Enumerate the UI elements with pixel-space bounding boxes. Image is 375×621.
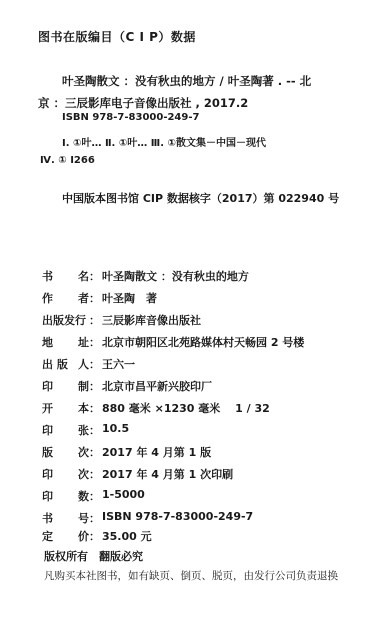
cip-subjects: Ⅰ. ①叶… Ⅱ. ①叶… Ⅲ. ①散文集－中国－现代 (62, 134, 266, 149)
value: 10.5 (102, 422, 129, 438)
value: ISBN 978-7-83000-249-7 (102, 510, 253, 526)
label: 张： (78, 422, 100, 438)
label: 人： (78, 356, 100, 372)
label: 制： (78, 378, 100, 394)
cip-line-2: 京 ：三辰影库电子音像出版社 , 2017.2 (38, 95, 248, 111)
cip-classification: Ⅳ. ① I266 (40, 155, 95, 166)
label: 价： (78, 528, 100, 544)
label: 出 版 (42, 356, 68, 372)
value: 880 毫米 ×1230 毫米 1 / 32 (102, 400, 270, 416)
cip-verification: 中国版本图书馆 CIP 数据核字（2017）第 022940 号 (62, 190, 339, 206)
value: 35.00 元 (102, 528, 152, 544)
detail-row-isbn: 书号： ISBN 978-7-83000-249-7 (42, 510, 253, 526)
detail-row-author: 作者： 叶圣陶 著 (42, 290, 157, 306)
value: 1-5000 (102, 488, 145, 504)
label: 地 (42, 334, 53, 350)
detail-row-print-run: 印数： 1-5000 (42, 488, 145, 504)
label: 次： (78, 444, 100, 460)
cip-isbn: ISBN 978-7-83000-249-7 (62, 112, 199, 123)
detail-row-price: 定价： 35.00 元 (42, 528, 152, 544)
cip-title: 图书在版编目（C I P）数据 (38, 28, 196, 45)
label: 名： (78, 268, 100, 284)
detail-row-address: 地址： 北京市朝阳区北苑路媒体村天畅园 2 号楼 (42, 334, 304, 350)
label: 印 (42, 466, 53, 482)
label: 出版发行 (42, 312, 86, 328)
return-policy-notice: 凡购买本社图书，如有缺页、倒页、脱页，由发行公司负责退换 (44, 568, 338, 583)
value: 三辰影库音像出版社 (102, 312, 201, 328)
label: ： (89, 312, 100, 328)
label: 印 (42, 378, 53, 394)
value: 王六一 (102, 356, 135, 372)
detail-row-printer: 印制： 北京市昌平新兴胶印厂 (42, 378, 212, 394)
label: 号： (78, 510, 100, 526)
cip-line-1: 叶圣陶散文 ：没有秋虫的地方 / 叶圣陶著 . -- 北 (62, 73, 311, 89)
label: 作 (42, 290, 53, 306)
detail-row-sheets: 印张： 10.5 (42, 422, 129, 438)
value: 北京市朝阳区北苑路媒体村天畅园 2 号楼 (102, 334, 304, 350)
detail-row-format: 开本： 880 毫米 ×1230 毫米 1 / 32 (42, 400, 270, 416)
label: 书 (42, 510, 53, 526)
label: 印 (42, 422, 53, 438)
value: 叶圣陶散文 ：没有秋虫的地方 (102, 268, 249, 284)
value: 北京市昌平新兴胶印厂 (102, 378, 212, 394)
value: 叶圣陶 著 (102, 290, 157, 306)
label: 本： (78, 400, 100, 416)
detail-row-publisher-person: 出 版人： 王六一 (42, 356, 135, 372)
detail-row-edition: 版次： 2017 年 4 月第 1 版 (42, 444, 211, 460)
label: 次： (78, 466, 100, 482)
label: 定 (42, 528, 53, 544)
value: 2017 年 4 月第 1 次印刷 (102, 466, 233, 482)
detail-row-printing: 印次： 2017 年 4 月第 1 次印刷 (42, 466, 233, 482)
label: 数： (78, 488, 100, 504)
detail-row-publisher: 出版发行： 三辰影库音像出版社 (42, 312, 201, 328)
label: 址： (78, 334, 100, 350)
label: 版 (42, 444, 53, 460)
value: 2017 年 4 月第 1 版 (102, 444, 211, 460)
copyright-notice: 版权所有 翻版必究 (44, 548, 143, 564)
label: 者： (78, 290, 100, 306)
label: 书 (42, 268, 53, 284)
label: 开 (42, 400, 53, 416)
label: 印 (42, 488, 53, 504)
detail-row-title: 书名： 叶圣陶散文 ：没有秋虫的地方 (42, 268, 249, 284)
